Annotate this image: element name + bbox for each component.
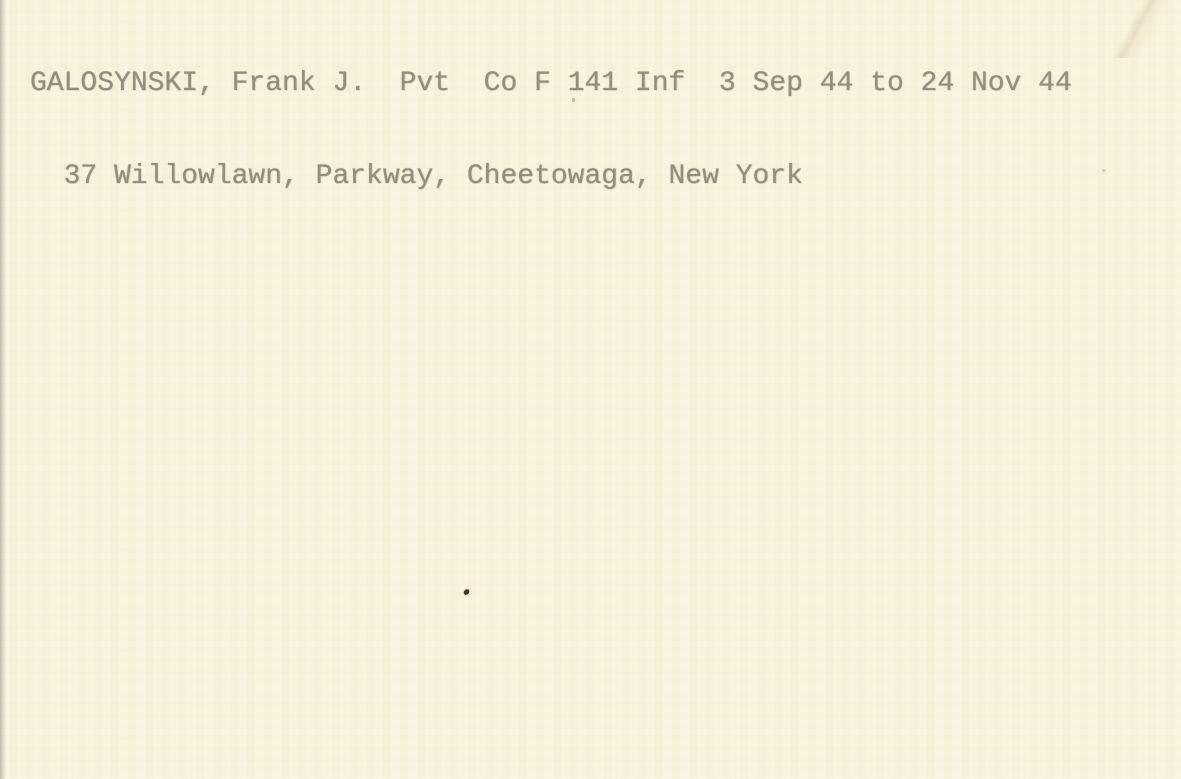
dust-speck <box>1102 169 1106 172</box>
service-record-line: GALOSYNSKI, Frank J. Pvt Co F 141 Inf 3 … <box>30 68 1072 99</box>
ink-speck <box>463 588 470 596</box>
left-edge-shadow <box>0 0 6 779</box>
address-line: 37 Willowlawn, Parkway, Cheetowaga, New … <box>30 161 1072 192</box>
top-right-corner-crease <box>1101 0 1181 58</box>
typed-text-block: GALOSYNSKI, Frank J. Pvt Co F 141 Inf 3 … <box>30 6 1072 254</box>
index-card: GALOSYNSKI, Frank J. Pvt Co F 141 Inf 3 … <box>0 0 1181 779</box>
